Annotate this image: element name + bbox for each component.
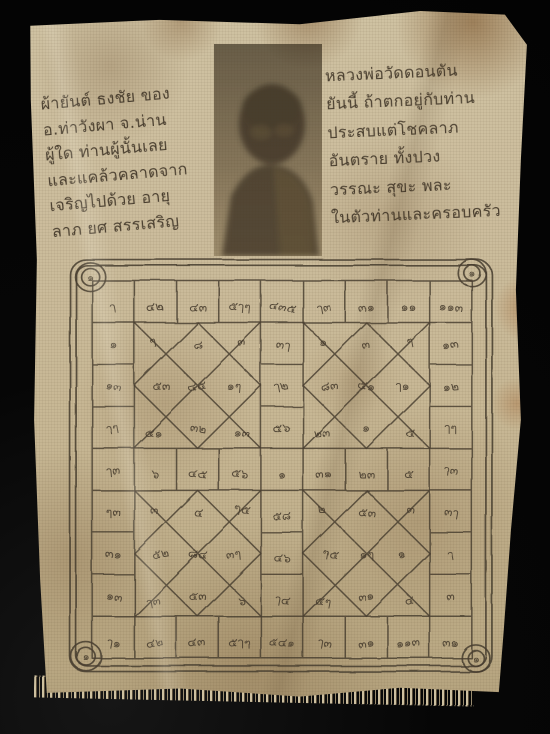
svg-text:๑: ๑ — [87, 271, 94, 284]
svg-text:๑๑๓: ๑๑๓ — [438, 299, 464, 315]
svg-text:ๆ๕: ๆ๕ — [233, 501, 251, 517]
svg-text:๕๓: ๕๓ — [152, 380, 170, 394]
svg-text:ๅ๓: ๅ๓ — [316, 635, 333, 651]
svg-text:๓๑: ๓๑ — [442, 636, 459, 650]
svg-text:๓: ๓ — [445, 589, 455, 603]
yantra-cell-glyphs: ๅ๔๒๔๓๕ๅๆ๔๓๕ๅ๓๓๑๑๑๑๑๓ๅ๑๔๒๔๓๕ๅๆ๕๔๑ๅ๓๓๑๑๑๓๓… — [105, 298, 464, 651]
svg-text:๘๔: ๘๔ — [188, 547, 208, 562]
svg-text:๑: ๑ — [83, 650, 90, 663]
svg-text:ๅ๒: ๅ๒ — [273, 378, 290, 394]
svg-text:ๅ๑: ๅ๑ — [395, 380, 409, 394]
svg-text:๕๒: ๕๒ — [151, 546, 171, 562]
svg-text:๔๓: ๔๓ — [189, 300, 207, 314]
svg-text:๔: ๔ — [404, 593, 416, 608]
svg-text:๓๒: ๓๒ — [189, 420, 208, 436]
amulet-cloth: ผ้ายันต์ ธงชัย ของ อ.ท่าวังผา จ.น่าน ผู้… — [0, 0, 550, 734]
svg-text:๑๑๓: ๑๑๓ — [395, 635, 421, 651]
svg-text:ๆ: ๆ — [405, 334, 414, 349]
svg-text:๖: ๖ — [237, 594, 246, 608]
svg-text:๓ๆ: ๓ๆ — [225, 547, 242, 562]
svg-text:ๅ: ๅ — [446, 547, 455, 561]
svg-text:ๅ๓: ๅ๓ — [443, 463, 459, 478]
svg-text:๕๖: ๕๖ — [231, 466, 251, 482]
svg-text:๑: ๑ — [397, 547, 407, 562]
svg-text:๓: ๓ — [149, 502, 159, 516]
svg-text:๘: ๘ — [192, 337, 203, 351]
svg-text:๕๓: ๕๓ — [189, 589, 207, 603]
svg-text:ๅ: ๅ — [108, 300, 117, 314]
svg-text:๔๖: ๔๖ — [273, 551, 292, 566]
photo-background: ผ้ายันต์ ธงชัย ของ อ.ท่าวังผา จ.น่าน ผู้… — [0, 0, 550, 734]
svg-text:๑๒: ๑๒ — [442, 379, 459, 394]
inscription-left: ผ้ายันต์ ธงชัย ของ อ.ท่าวังผา จ.น่าน ผู้… — [40, 77, 225, 245]
svg-text:๕๘: ๕๘ — [272, 509, 291, 523]
svg-text:๕๑: ๕๑ — [145, 426, 162, 440]
svg-text:๑: ๑ — [472, 652, 479, 665]
svg-text:ๅ๓: ๅ๓ — [105, 463, 121, 478]
svg-text:ๅ๑: ๅ๑ — [106, 635, 122, 651]
svg-text:๕๔๑: ๕๔๑ — [268, 635, 296, 651]
svg-text:๕: ๕ — [404, 467, 415, 481]
svg-text:๕๖: ๕๖ — [272, 421, 291, 436]
svg-text:๕ๅๆ: ๕ๅๆ — [228, 299, 252, 314]
svg-text:๔๒: ๔๒ — [145, 635, 165, 651]
svg-text:๘๓: ๘๓ — [320, 379, 339, 394]
svg-text:๕๓: ๕๓ — [357, 505, 376, 520]
svg-text:๑๑: ๑๑ — [401, 300, 417, 314]
svg-text:ๆ: ๆ — [148, 334, 157, 349]
svg-text:๓๑: ๓๑ — [356, 635, 375, 651]
svg-text:๓๑: ๓๑ — [315, 467, 333, 482]
svg-text:๔: ๔ — [192, 505, 204, 520]
svg-text:๓: ๓ — [360, 337, 371, 352]
svg-text:ๅ๔: ๅ๔ — [274, 592, 292, 608]
svg-text:๑๓: ๑๓ — [233, 426, 251, 441]
svg-text:ๅ๓: ๅ๓ — [144, 593, 161, 609]
svg-text:๔๕: ๔๕ — [188, 467, 208, 482]
svg-text:๔๒: ๔๒ — [146, 300, 165, 315]
svg-text:๑๓: ๑๓ — [105, 588, 124, 604]
svg-text:๓๑: ๓๑ — [357, 300, 375, 315]
svg-text:๑: ๑ — [362, 421, 371, 435]
svg-text:ๅๆ: ๅๆ — [105, 421, 120, 437]
svg-text:๕๑: ๕๑ — [357, 378, 377, 394]
svg-text:๒๓: ๒๓ — [313, 426, 331, 441]
svg-text:๔๓๕: ๔๓๕ — [268, 298, 298, 316]
svg-text:๓๑: ๓๑ — [357, 589, 375, 604]
svg-text:๑ๆ: ๑ๆ — [226, 379, 242, 394]
svg-text:๓ๅ: ๓ๅ — [443, 504, 460, 520]
svg-text:๒: ๒ — [318, 503, 326, 517]
svg-text:ๅๆ: ๅๆ — [444, 421, 457, 435]
svg-text:๑: ๑ — [109, 337, 118, 351]
svg-text:๓: ๓ — [237, 334, 247, 348]
svg-text:ๆ๓: ๆ๓ — [106, 505, 121, 519]
yantra-outer-border — [70, 260, 492, 672]
svg-text:๒๓: ๒๓ — [358, 467, 375, 481]
svg-text:๑ๆ: ๑ๆ — [359, 547, 374, 561]
svg-text:๓: ๓ — [406, 502, 416, 516]
svg-text:๑๓: ๑๓ — [105, 378, 124, 394]
svg-text:ๅ๓: ๅ๓ — [315, 299, 332, 315]
svg-text:๓ๅ: ๓ๅ — [274, 336, 291, 352]
svg-text:๖: ๖ — [151, 467, 159, 481]
yantra-grid: ๅ๔๒๔๓๕ๅๆ๔๓๕ๅ๓๓๑๑๑๑๑๓ๅ๑๔๒๔๓๕ๅๆ๕๔๑ๅ๓๓๑๑๑๓๓… — [56, 250, 508, 684]
svg-text:๕ๆ: ๕ๆ — [314, 593, 332, 609]
inscription-right: หลวงพ่อวัดดอนตัน ยันนี้ ถ้าตกอยู่กับท่าน… — [324, 54, 531, 233]
svg-text:๑๓: ๑๓ — [441, 336, 460, 352]
svg-text:๓๑: ๓๑ — [105, 547, 123, 562]
svg-text:๑: ๑ — [276, 467, 286, 482]
svg-text:๕: ๕ — [406, 426, 416, 440]
monk-portrait — [214, 44, 322, 256]
svg-text:๑: ๑ — [468, 267, 475, 280]
svg-text:๕ๅๆ: ๕ๅๆ — [229, 636, 251, 650]
svg-text:๔๓: ๔๓ — [188, 635, 207, 650]
svg-text:ๆ๕: ๆ๕ — [322, 546, 340, 562]
